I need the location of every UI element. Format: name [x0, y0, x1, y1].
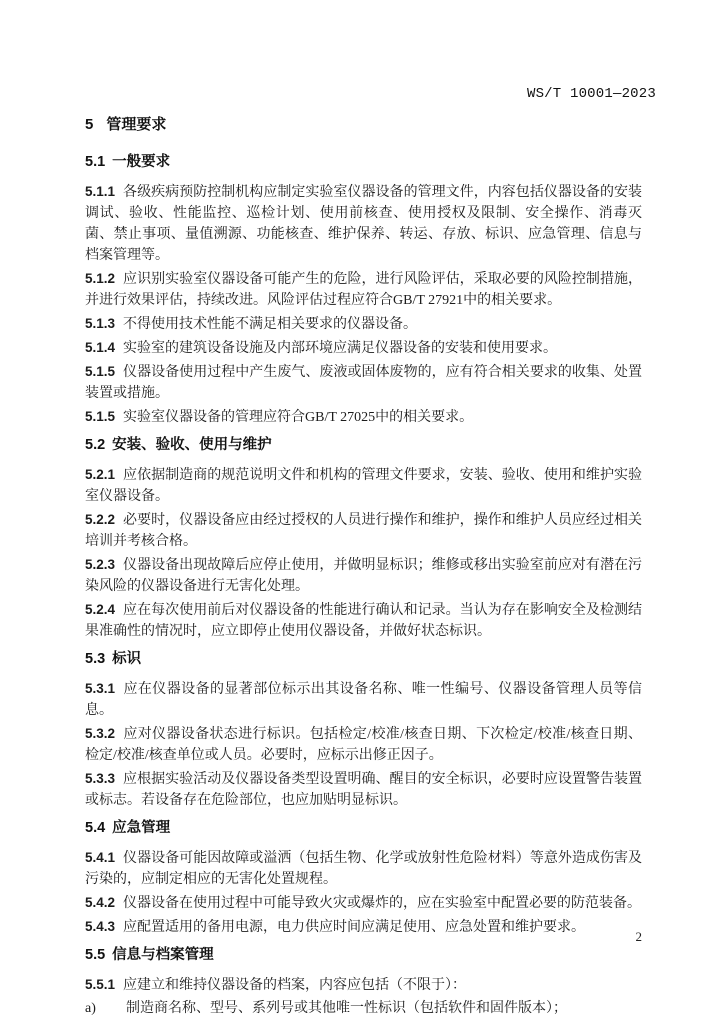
section-title: 应急管理 — [112, 820, 170, 836]
clause-number: 5.4.2 — [85, 895, 115, 910]
clause-number: 5.1.1 — [85, 184, 115, 199]
clause-5.1.4: 5.1.4实验室的建筑设备设施及内部环境应满足仪器设备的安装和使用要求。 — [85, 337, 642, 359]
clause-5.4.2: 5.4.2仪器设备在使用过程中可能导致火灾或爆炸的，应在实验室中配置必要的防范装… — [85, 892, 642, 914]
section-heading-5.1: 5.1一般要求 — [85, 152, 642, 173]
clause-number: 5.1.2 — [85, 271, 115, 286]
clause-text: 仪器设备在使用过程中可能导致火灾或爆炸的，应在实验室中配置必要的防范装备。 — [123, 896, 641, 911]
clause-5.2.2: 5.2.2必要时，仪器设备应由经过授权的人员进行操作和维护，操作和维护人员应经过… — [85, 509, 642, 552]
clause-text: 应建立和维持仪器设备的档案，内容应包括（不限于）： — [123, 978, 466, 993]
clause-text: 各级疾病预防控制机构应制定实验室仪器设备的管理文件，内容包括仪器设备的安装调试、… — [85, 185, 642, 263]
section-heading-5.3: 5.3标识 — [85, 649, 642, 670]
clause-5.4.1: 5.4.1仪器设备可能因故障或溢洒（包括生物、化学或放射性危险材料）等意外造成伤… — [85, 847, 642, 890]
section-title: 标识 — [112, 651, 141, 667]
clause-text: 仪器设备使用过程中产生废气、废液或固体废物的，应有符合相关要求的收集、处置装置或… — [85, 365, 642, 401]
clause-number: 5.2.3 — [85, 557, 115, 572]
list-item-a: a)制造商名称、型号、系列号或其他唯一性标识（包括软件和固件版本）； — [85, 998, 642, 1019]
clause-text: 应识别实验室仪器设备可能产生的危险，进行风险评估，采取必要的风险控制措施，并进行… — [85, 272, 642, 308]
clause-text: 实验室的建筑设备设施及内部环境应满足仪器设备的安装和使用要求。 — [123, 341, 557, 356]
document-page: WS/T 10001—2023 5管理要求 5.1一般要求5.1.1各级疾病预防… — [0, 0, 724, 1024]
clause-number: 5.4.3 — [85, 919, 115, 934]
clause-number: 5.1.4 — [85, 340, 115, 355]
clause-text: 不得使用技术性能不满足相关要求的仪器设备。 — [123, 317, 417, 332]
chapter-heading: 5管理要求 — [85, 114, 642, 135]
clause-number: 5.1.3 — [85, 316, 115, 331]
clause-text: 应在每次使用前后对仪器设备的性能进行确认和记录。当认为存在影响安全及检测结果准确… — [85, 603, 642, 639]
sections-container: 5.1一般要求5.1.1各级疾病预防控制机构应制定实验室仪器设备的管理文件，内容… — [85, 152, 642, 1019]
clause-text: 必要时，仪器设备应由经过授权的人员进行操作和维护，操作和维护人员应经过相关培训并… — [85, 513, 642, 549]
clause-5.1.5: 5.1.5实验室仪器设备的管理应符合GB/T 27025中的相关要求。 — [85, 406, 642, 428]
section-heading-5.5: 5.5信息与档案管理 — [85, 945, 642, 966]
standard-number: WS/T 10001—2023 — [527, 86, 656, 102]
list-item-text: 制造商名称、型号、系列号或其他唯一性标识（包括软件和固件版本）； — [126, 998, 567, 1019]
section-title: 安装、验收、使用与维护 — [112, 437, 272, 453]
clause-text: 应依据制造商的规范说明文件和机构的管理文件要求，安装、验收、使用和维护实验室仪器… — [85, 468, 642, 504]
chapter-title: 管理要求 — [106, 116, 166, 133]
clause-5.5.1: 5.5.1应建立和维持仪器设备的档案，内容应包括（不限于）： — [85, 974, 642, 996]
clause-number: 5.3.2 — [85, 726, 115, 741]
section-heading-5.4: 5.4应急管理 — [85, 818, 642, 839]
document-content: 5管理要求 5.1一般要求5.1.1各级疾病预防控制机构应制定实验室仪器设备的管… — [85, 114, 642, 1019]
clause-5.3.3: 5.3.3应根据实验活动及仪器设备类型设置明确、醒目的安全标识，必要时应设置警告… — [85, 768, 642, 811]
clause-number: 5.3.3 — [85, 771, 115, 786]
clause-5.1.5: 5.1.5仪器设备使用过程中产生废气、废液或固体废物的，应有符合相关要求的收集、… — [85, 361, 642, 404]
clause-number: 5.5.1 — [85, 977, 115, 992]
clause-5.2.3: 5.2.3仪器设备出现故障后应停止使用，并做明显标识；维修或移出实验室前应对有潜… — [85, 554, 642, 597]
clause-number: 5.2.4 — [85, 602, 115, 617]
running-header: WS/T 10001—2023 — [527, 86, 656, 102]
clause-text: 实验室仪器设备的管理应符合GB/T 27025中的相关要求。 — [123, 410, 473, 425]
clause-text: 应根据实验活动及仪器设备类型设置明确、醒目的安全标识，必要时应设置警告装置或标志… — [85, 772, 642, 808]
section-heading-5.2: 5.2安装、验收、使用与维护 — [85, 435, 642, 456]
clause-text: 应在仪器设备的显著部位标示出其设备名称、唯一性编号、仪器设备管理人员等信息。 — [85, 682, 642, 718]
clause-5.1.1: 5.1.1各级疾病预防控制机构应制定实验室仪器设备的管理文件，内容包括仪器设备的… — [85, 181, 642, 266]
clause-5.1.3: 5.1.3不得使用技术性能不满足相关要求的仪器设备。 — [85, 313, 642, 335]
section-title: 信息与档案管理 — [112, 947, 214, 963]
clause-text: 应配置适用的备用电源，电力供应时间应满足使用、应急处置和维护要求。 — [123, 920, 585, 935]
section-number: 5.1 — [85, 154, 105, 170]
clause-number: 5.4.1 — [85, 850, 115, 865]
section-number: 5.3 — [85, 651, 105, 667]
clause-number: 5.2.1 — [85, 467, 115, 482]
clause-number: 5.1.5 — [85, 364, 115, 379]
clause-number: 5.2.2 — [85, 512, 115, 527]
clause-5.1.2: 5.1.2应识别实验室仪器设备可能产生的危险，进行风险评估，采取必要的风险控制措… — [85, 268, 642, 311]
section-number: 5.5 — [85, 947, 105, 963]
clause-5.3.1: 5.3.1应在仪器设备的显著部位标示出其设备名称、唯一性编号、仪器设备管理人员等… — [85, 678, 642, 721]
clause-number: 5.1.5 — [85, 409, 115, 424]
clause-5.3.2: 5.3.2应对仪器设备状态进行标识。包括检定/校准/核查日期、下次检定/校准/核… — [85, 723, 642, 766]
clause-number: 5.3.1 — [85, 681, 115, 696]
clause-5.4.3: 5.4.3应配置适用的备用电源，电力供应时间应满足使用、应急处置和维护要求。 — [85, 916, 642, 938]
clause-text: 仪器设备出现故障后应停止使用，并做明显标识；维修或移出实验室前应对有潜在污染风险… — [85, 558, 642, 594]
section-number: 5.2 — [85, 437, 105, 453]
section-title: 一般要求 — [112, 154, 170, 170]
clause-text: 应对仪器设备状态进行标识。包括检定/校准/核查日期、下次检定/校准/核查日期、检… — [85, 727, 642, 763]
list-item-marker: a) — [85, 998, 126, 1019]
clause-5.2.1: 5.2.1应依据制造商的规范说明文件和机构的管理文件要求，安装、验收、使用和维护… — [85, 464, 642, 507]
clause-text: 仪器设备可能因故障或溢洒（包括生物、化学或放射性危险材料）等意外造成伤害及污染的… — [85, 851, 642, 887]
section-number: 5.4 — [85, 820, 105, 836]
chapter-number: 5 — [85, 116, 93, 133]
clause-5.2.4: 5.2.4应在每次使用前后对仪器设备的性能进行确认和记录。当认为存在影响安全及检… — [85, 599, 642, 642]
page-number: 2 — [636, 929, 643, 945]
